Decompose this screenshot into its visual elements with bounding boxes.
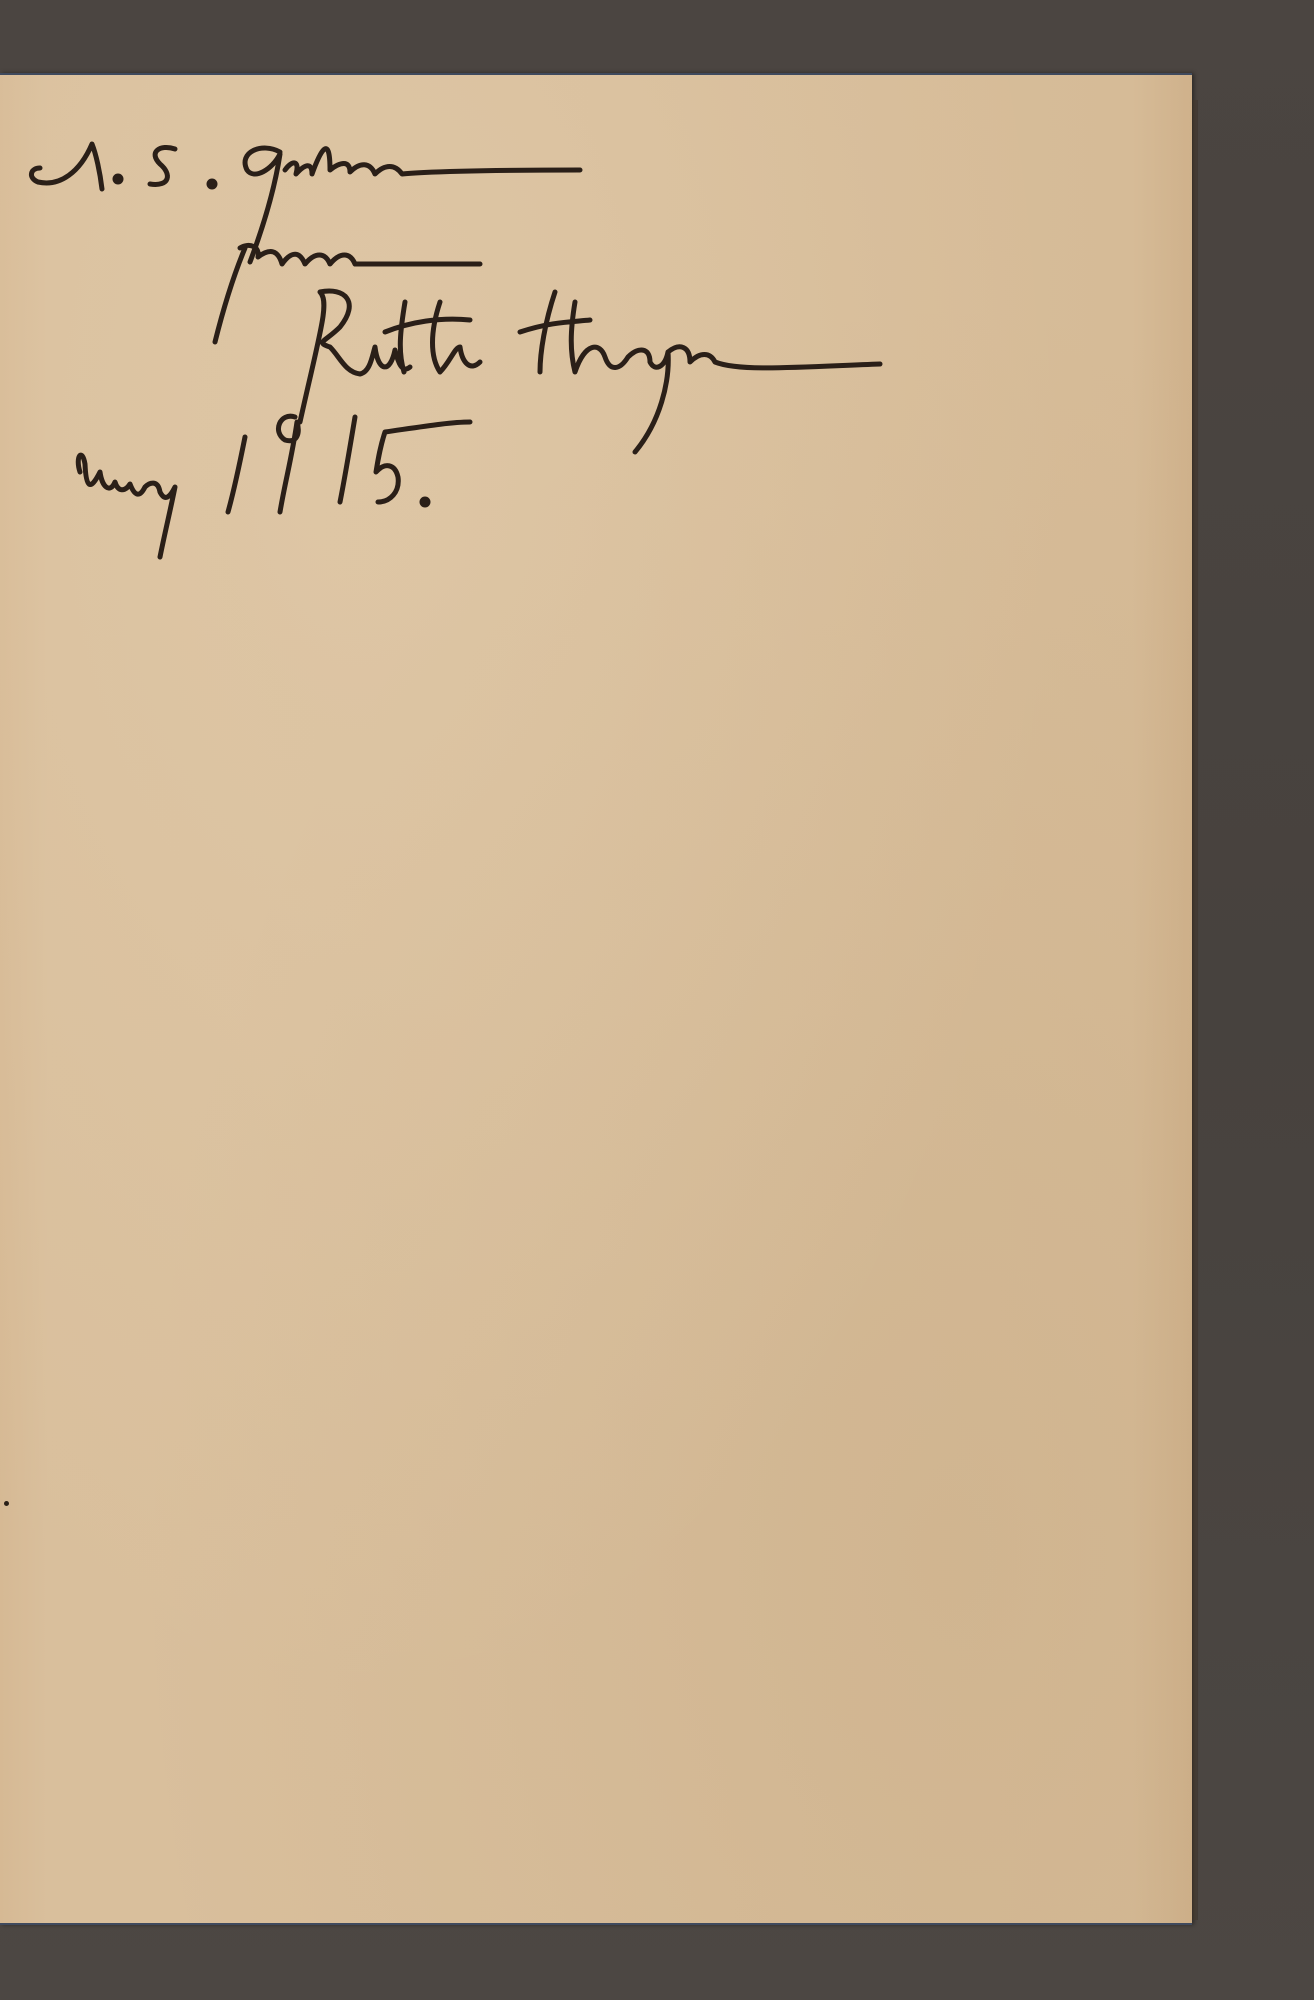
- book-flyleaf-page: I. S. Gardner from Ruth Thayer May 1915.: [0, 73, 1192, 1925]
- ink-speck: [4, 1501, 9, 1506]
- handwritten-inscription: I. S. Gardner from Ruth Thayer May 1915.: [0, 75, 1192, 675]
- handwriting-strokes: [0, 75, 1192, 675]
